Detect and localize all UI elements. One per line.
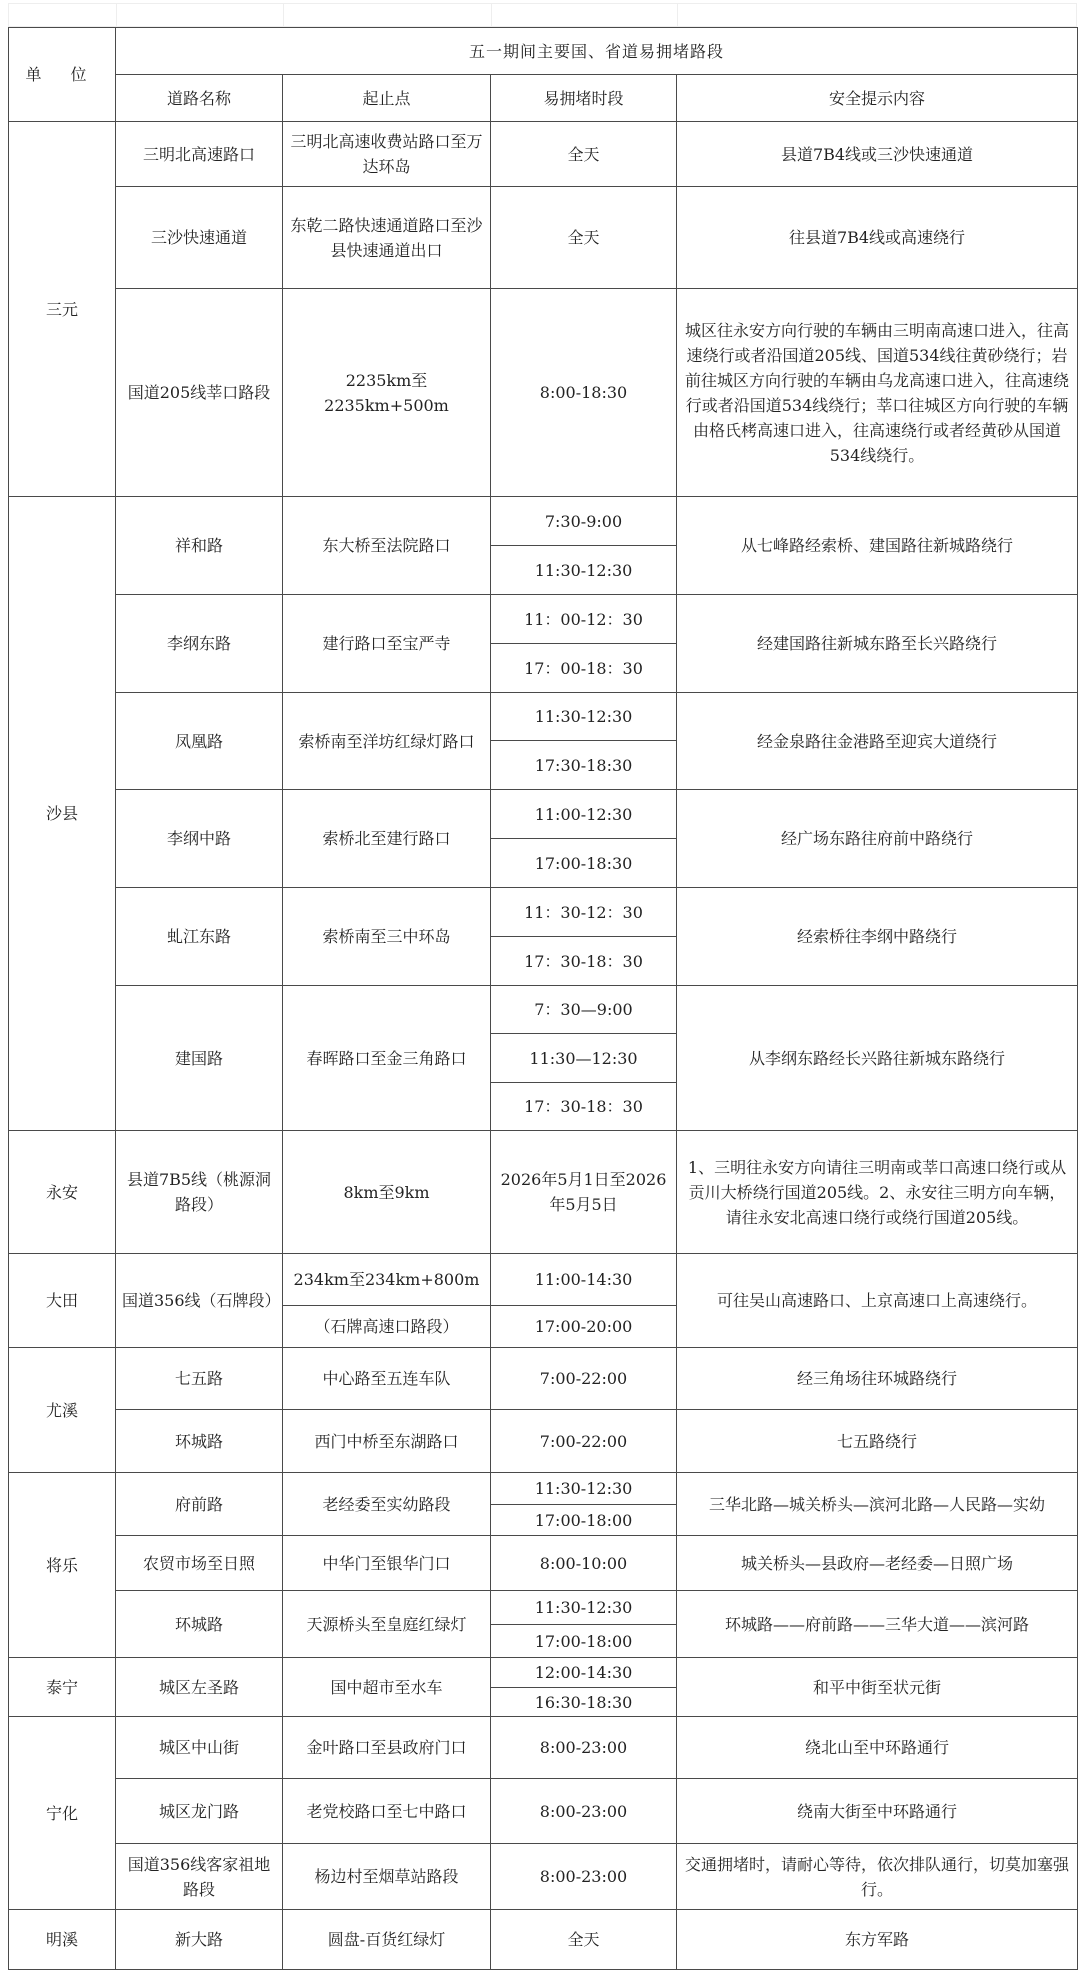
time-cell: 8:00-18:30 [491, 289, 677, 497]
congestion-table: 单 位 五一期间主要国、省道易拥堵路段 道路名称 起止点 易拥堵时段 安全提示内… [8, 27, 1078, 1970]
unit-cell: 宁化 [9, 1717, 116, 1910]
road-cell: 三沙快速通道 [116, 187, 283, 289]
time-cell: 11：00-12：30 [491, 595, 677, 644]
tip-cell: 绕北山至中环路通行 [677, 1717, 1078, 1779]
table-row: 沙县 祥和路 东大桥至法院路口 7:30-9:00 从七峰路经索桥、建国路往新城… [9, 497, 1078, 546]
tip-cell: 经索桥往李纲中路绕行 [677, 888, 1078, 986]
time-cell: 11:30-12:30 [491, 546, 677, 595]
table-row: 环城路 西门中桥至东湖路口 7:00-22:00 七五路绕行 [9, 1410, 1078, 1473]
time-cell: 12:00-14:30 [491, 1658, 677, 1688]
tip-cell: 经建国路往新城东路至长兴路绕行 [677, 595, 1078, 693]
tip-cell: 经金泉路往金港路至迎宾大道绕行 [677, 693, 1078, 790]
road-cell: 城区龙门路 [116, 1779, 283, 1844]
road-column-header: 道路名称 [116, 75, 283, 122]
unit-cell: 大田 [9, 1254, 116, 1348]
time-cell: 17：30-18：30 [491, 937, 677, 986]
road-cell: 虬江东路 [116, 888, 283, 986]
tip-cell: 从李纲东路经长兴路往新城东路绕行 [677, 986, 1078, 1131]
time-cell: 17:00-18:30 [491, 839, 677, 888]
table-row: 将乐 府前路 老经委至实幼路段 11:30-12:30 三华北路—城关桥头—滨河… [9, 1473, 1078, 1505]
table-row: 环城路 天源桥头至皇庭红绿灯 11:30-12:30 环城路——府前路——三华大… [9, 1591, 1078, 1625]
time-cell: 16:30-18:30 [491, 1688, 677, 1717]
time-cell: 8:00-23:00 [491, 1779, 677, 1844]
table-row: 李纲东路 建行路口至宝严寺 11：00-12：30 经建国路往新城东路至长兴路绕… [9, 595, 1078, 644]
range-cell: 234km至234km+800m [283, 1254, 491, 1306]
unit-column-header: 单 位 [9, 28, 116, 122]
road-cell: 环城路 [116, 1410, 283, 1473]
tip-cell: 从七峰路经索桥、建国路往新城路绕行 [677, 497, 1078, 595]
table-row: 农贸市场至日照 中华门至银华门口 8:00-10:00 城关桥头—县政府—老经委… [9, 1536, 1078, 1591]
range-cell: 金叶路口至县政府门口 [283, 1717, 491, 1779]
unit-cell: 沙县 [9, 497, 116, 1131]
time-cell: 11:30-12:30 [491, 1473, 677, 1505]
time-cell: 17:00-18:00 [491, 1625, 677, 1658]
range-cell: 建行路口至宝严寺 [283, 595, 491, 693]
range-cell: 中心路至五连车队 [283, 1348, 491, 1410]
tip-cell: 东方军路 [677, 1910, 1078, 1970]
road-cell: 三明北高速路口 [116, 122, 283, 187]
tip-cell: 经三角场往环城路绕行 [677, 1348, 1078, 1410]
time-cell: 17:00-18:00 [491, 1505, 677, 1536]
road-cell: 国道356线（石牌段） [116, 1254, 283, 1348]
range-cell: 索桥南至洋坊红绿灯路口 [283, 693, 491, 790]
table-row: 泰宁 城区左圣路 国中超市至水车 12:00-14:30 和平中街至状元街 [9, 1658, 1078, 1688]
range-cell: 杨边村至烟草站路段 [283, 1844, 491, 1910]
table-row: 李纲中路 索桥北至建行路口 11:00-12:30 经广场东路往府前中路绕行 [9, 790, 1078, 839]
range-cell: 东乾二路快速通道路口至沙县快速通道出口 [283, 187, 491, 289]
range-cell: 国中超市至水车 [283, 1658, 491, 1717]
range-cell: 老党校路口至七中路口 [283, 1779, 491, 1844]
time-cell: 11:30—12:30 [491, 1034, 677, 1083]
table-title: 五一期间主要国、省道易拥堵路段 [116, 28, 1078, 75]
time-cell: 11:00-12:30 [491, 790, 677, 839]
road-cell: 府前路 [116, 1473, 283, 1536]
tip-cell: 三华北路—城关桥头—滨河北路—人民路—实幼 [677, 1473, 1078, 1536]
road-cell: 城区左圣路 [116, 1658, 283, 1717]
range-cell: 西门中桥至东湖路口 [283, 1410, 491, 1473]
road-cell: 农贸市场至日照 [116, 1536, 283, 1591]
range-cell: 天源桥头至皇庭红绿灯 [283, 1591, 491, 1658]
range-cell: 春晖路口至金三角路口 [283, 986, 491, 1131]
time-cell: 8:00-23:00 [491, 1844, 677, 1910]
road-cell: 城区中山街 [116, 1717, 283, 1779]
unit-cell: 尤溪 [9, 1348, 116, 1473]
tip-cell: 1、三明往永安方向请往三明南或莘口高速口绕行或从贡川大桥绕行国道205线。2、永… [677, 1131, 1078, 1254]
time-column-header: 易拥堵时段 [491, 75, 677, 122]
table-row: 建国路 春晖路口至金三角路口 7：30—9:00 从李纲东路经长兴路往新城东路绕… [9, 986, 1078, 1034]
time-cell: 7:00-22:00 [491, 1348, 677, 1410]
table-row: 虬江东路 索桥南至三中环岛 11：30-12：30 经索桥往李纲中路绕行 [9, 888, 1078, 937]
table-row: 凤凰路 索桥南至洋坊红绿灯路口 11:30-12:30 经金泉路往金港路至迎宾大… [9, 693, 1078, 741]
unit-cell: 将乐 [9, 1473, 116, 1658]
tip-cell: 县道7B4线或三沙快速通道 [677, 122, 1078, 187]
tip-cell: 城关桥头—县政府—老经委—日照广场 [677, 1536, 1078, 1591]
tip-cell: 经广场东路往府前中路绕行 [677, 790, 1078, 888]
road-cell: 新大路 [116, 1910, 283, 1970]
time-cell: 全天 [491, 187, 677, 289]
tip-cell: 可往吴山高速路口、上京高速口上高速绕行。 [677, 1254, 1078, 1348]
time-cell: 7:00-22:00 [491, 1410, 677, 1473]
time-cell: 全天 [491, 122, 677, 187]
tip-cell: 交通拥堵时，请耐心等待，依次排队通行，切莫加塞强行。 [677, 1844, 1078, 1910]
tip-cell: 和平中街至状元街 [677, 1658, 1078, 1717]
range-cell: 东大桥至法院路口 [283, 497, 491, 595]
time-cell: 11:30-12:30 [491, 693, 677, 741]
range-cell: 索桥南至三中环岛 [283, 888, 491, 986]
road-cell: 国道205线莘口路段 [116, 289, 283, 497]
table-row: 三元 三明北高速路口 三明北高速收费站路口至万达环岛 全天 县道7B4线或三沙快… [9, 122, 1078, 187]
time-cell: 8:00-23:00 [491, 1717, 677, 1779]
tip-cell: 七五路绕行 [677, 1410, 1078, 1473]
range-cell: 索桥北至建行路口 [283, 790, 491, 888]
table-row: 三沙快速通道 东乾二路快速通道路口至沙县快速通道出口 全天 往县道7B4线或高速… [9, 187, 1078, 289]
unit-cell: 泰宁 [9, 1658, 116, 1717]
table-row: 国道205线莘口路段 2235km至2235km+500m 8:00-18:30… [9, 289, 1078, 497]
range-cell: （石牌高速口路段） [283, 1306, 491, 1348]
time-cell: 8:00-10:00 [491, 1536, 677, 1591]
road-cell: 李纲东路 [116, 595, 283, 693]
range-cell: 老经委至实幼路段 [283, 1473, 491, 1536]
road-cell: 七五路 [116, 1348, 283, 1410]
road-cell: 凤凰路 [116, 693, 283, 790]
tip-column-header: 安全提示内容 [677, 75, 1078, 122]
time-cell: 11:30-12:30 [491, 1591, 677, 1625]
unit-cell: 明溪 [9, 1910, 116, 1970]
time-cell: 17：30-18：30 [491, 1083, 677, 1131]
table-row: 城区龙门路 老党校路口至七中路口 8:00-23:00 绕南大街至中环路通行 [9, 1779, 1078, 1844]
table-row: 大田 国道356线（石牌段） 234km至234km+800m 11:00-14… [9, 1254, 1078, 1306]
time-cell: 11:00-14:30 [491, 1254, 677, 1306]
time-cell: 17:00-20:00 [491, 1306, 677, 1348]
tip-cell: 往县道7B4线或高速绕行 [677, 187, 1078, 289]
time-cell: 7:30-9:00 [491, 497, 677, 546]
range-column-header: 起止点 [283, 75, 491, 122]
range-cell: 中华门至银华门口 [283, 1536, 491, 1591]
table-row: 尤溪 七五路 中心路至五连车队 7:00-22:00 经三角场往环城路绕行 [9, 1348, 1078, 1410]
tip-cell: 绕南大街至中环路通行 [677, 1779, 1078, 1844]
time-cell: 7：30—9:00 [491, 986, 677, 1034]
road-cell: 环城路 [116, 1591, 283, 1658]
tip-cell: 环城路——府前路——三华大道——滨河路 [677, 1591, 1078, 1658]
range-cell: 三明北高速收费站路口至万达环岛 [283, 122, 491, 187]
road-cell: 县道7B5线（桃源洞路段） [116, 1131, 283, 1254]
table-row: 宁化 城区中山街 金叶路口至县政府门口 8:00-23:00 绕北山至中环路通行 [9, 1717, 1078, 1779]
tip-cell: 城区往永安方向行驶的车辆由三明南高速口进入，往高速绕行或者沿国道205线、国道5… [677, 289, 1078, 497]
table-row: 永安 县道7B5线（桃源洞路段） 8km至9km 2026年5月1日至2026年… [9, 1131, 1078, 1254]
range-cell: 圆盘-百货红绿灯 [283, 1910, 491, 1970]
range-cell: 2235km至2235km+500m [283, 289, 491, 497]
time-cell: 17:30-18:30 [491, 741, 677, 790]
time-cell: 11：30-12：30 [491, 888, 677, 937]
road-cell: 建国路 [116, 986, 283, 1131]
time-cell: 全天 [491, 1910, 677, 1970]
range-cell: 8km至9km [283, 1131, 491, 1254]
unit-cell: 三元 [9, 122, 116, 497]
unit-cell: 永安 [9, 1131, 116, 1254]
blank-spreadsheet-row [8, 3, 1077, 27]
road-cell: 李纲中路 [116, 790, 283, 888]
table-row: 明溪 新大路 圆盘-百货红绿灯 全天 东方军路 [9, 1910, 1078, 1970]
time-cell: 2026年5月1日至2026年5月5日 [491, 1131, 677, 1254]
time-cell: 17：00-18：30 [491, 644, 677, 693]
table-row: 国道356线客家祖地路段 杨边村至烟草站路段 8:00-23:00 交通拥堵时，… [9, 1844, 1078, 1910]
road-cell: 祥和路 [116, 497, 283, 595]
road-cell: 国道356线客家祖地路段 [116, 1844, 283, 1910]
